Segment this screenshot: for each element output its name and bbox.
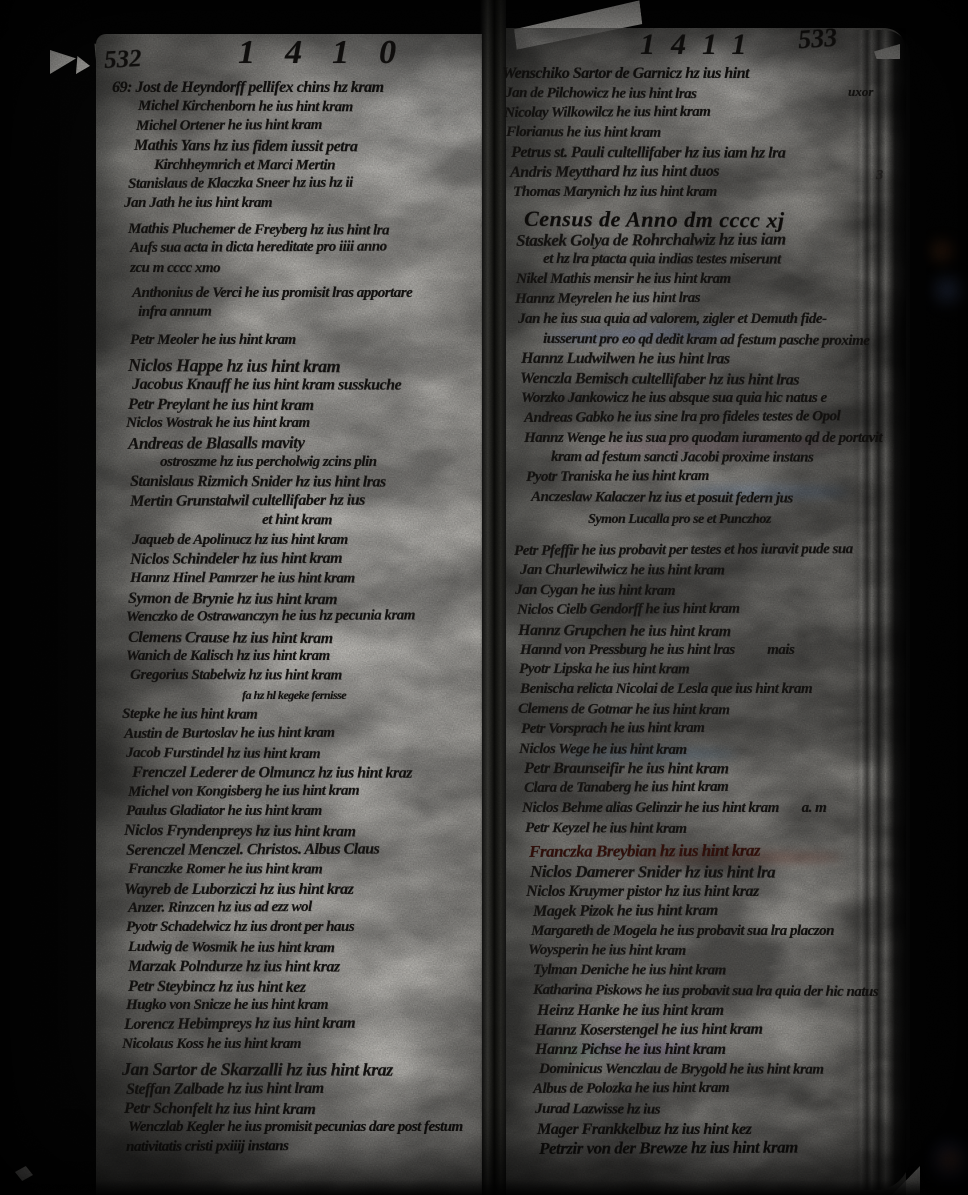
manuscript-line: Andreas Gabko he ius sine lra pro fidele…	[524, 407, 902, 429]
manuscript-line: Petr Preylant he ius hint kram	[128, 395, 484, 417]
manuscript-line: Niclos Cielb Gendorff he ius hint kram	[517, 599, 902, 621]
left-page-text: 69: Jost de Heyndorff pellifex chins hz …	[112, 78, 484, 1157]
manuscript-line: Wenczlab Kegler he ius promisit pecunias…	[128, 1118, 484, 1137]
manuscript-line: Nicolaus Koss he ius hint kram	[122, 1035, 484, 1054]
manuscript-line: Jacobus Knauff he ius hint kram susskuch…	[132, 375, 486, 395]
manuscript-line: Marzak Polndurze hz ius hint kraz	[128, 957, 486, 977]
manuscript-line: et hint kram	[262, 511, 484, 532]
manuscript-line: Mathis Yans hz ius fidem iussit petra	[134, 136, 484, 158]
manuscript-line: Worzko Jankowicz he ius absque sua quia …	[521, 389, 902, 409]
manuscript-line: Andreas de Blasalls mavity	[128, 432, 484, 453]
manuscript-line: Pyotr Traniska he ius hint kram	[526, 466, 902, 488]
manuscript-line: Petr Meoler he ius hint kram	[130, 331, 484, 350]
manuscript-line: Jan Jath he ius hint kram	[124, 194, 484, 213]
manuscript-line: Hannz Hinel Pamrzer he ius hint kram	[130, 569, 486, 589]
manuscript-line: Wenczko de Ostrawanczyn he ius hz pecuni…	[126, 606, 484, 627]
manuscript-line: Anczeslaw Kalaczer hz ius et posuit fede…	[531, 488, 902, 510]
manuscript-line: Magek Pizok he ius hint kram	[533, 900, 902, 922]
manuscript-line: Hannz Wenge he ius sua pro quodam iurame…	[524, 429, 902, 449]
manuscript-line: ostroszme hz ius percholwig zcins plin	[160, 453, 484, 472]
manuscript-line: Wenczla Bemisch cultellifaber hz ius hin…	[520, 369, 902, 391]
manuscript-line: Jurad Lazwisse hz ius	[535, 1100, 902, 1122]
manuscript-line: Benischa relicta Nicolai de Lesla que iu…	[520, 680, 902, 700]
manuscript-line: Niclos Kruymer pistor hz ius hint kraz	[526, 882, 902, 902]
manuscript-line: Stanislaus de Klaczka Sneer hz ius hz ii	[128, 173, 484, 194]
manuscript-line: Albus de Polozka he ius hint kram	[533, 1078, 902, 1100]
manuscript-line: Michel Ortener he ius hint kram	[136, 115, 484, 136]
manuscript-line: 69: Jost de Heyndorff pellifex chins hz …	[112, 78, 484, 97]
manuscript-line: Jan Churlewilwicz he ius hint kram	[520, 561, 904, 582]
manuscript-line: Anzer. Rinzcen hz ius ad ezz wol	[128, 897, 484, 918]
manuscript-line: Ludwig de Wosmik he ius hint kram	[128, 938, 484, 960]
manuscript-line: Wanich de Kalisch hz ius hint kram	[126, 647, 484, 666]
left-year-heading: 1410	[238, 34, 426, 72]
manuscript-line: Nicolay Wilkowilcz he ius hint kram	[504, 102, 902, 124]
manuscript-line: Franczka Breybian hz ius hint kraz	[529, 841, 902, 863]
manuscript-line: Mertin Grunstalwil cultellifaber hz ius	[130, 490, 484, 511]
manuscript-line: Andris Meytthard hz ius hint duos	[510, 161, 902, 183]
manuscript-line: Petr Steybincz hz ius hint kez	[128, 977, 484, 999]
manuscript-line: infra annum	[138, 301, 484, 322]
right-year-heading: 1411	[640, 28, 762, 62]
manuscript-line: Heinz Hanke he ius hint kram	[537, 1001, 902, 1021]
manuscript-line: Margareth de Mogela he ius probavit sua …	[531, 922, 902, 942]
manuscript-photo: 69: Jost de Heyndorff pellifex chins hz …	[0, 0, 968, 1195]
photo-bottom-shadow	[0, 1180, 968, 1195]
lens-flare-blue	[934, 268, 964, 312]
manuscript-line: zcu m cccc xmo	[130, 259, 486, 279]
manuscript-line: Anthonius de Verci he ius promisit lras …	[132, 284, 484, 303]
manuscript-line: Wayreb de Luborziczi hz ius hint kraz	[124, 880, 484, 899]
manuscript-line: Wenschiko Sartor de Garnicz hz ius hint	[502, 64, 902, 84]
manuscript-line: Michel von Kongisberg he ius hint kram	[128, 781, 484, 802]
lens-flare-orange	[930, 236, 956, 266]
right-page-number: 533	[797, 23, 838, 56]
margin-note-uxor: uxor	[848, 84, 873, 100]
manuscript-line: Pyotr Schadelwicz hz ius dront per haus	[126, 918, 484, 937]
manuscript-line: Tylman Deniche he ius hint kram	[533, 961, 904, 982]
manuscript-line: Symon Lucalla pro se et Punczhoz	[588, 510, 902, 530]
manuscript-line: Petr Vorsprach he ius hint kram	[521, 718, 902, 740]
manuscript-line: Jaqueb de Apolinucz hz ius hint kram	[132, 531, 484, 550]
manuscript-line: Steffan Zalbade hz ius hint lram	[126, 1078, 484, 1099]
manuscript-line: Nikel Mathis mensir he ius hint kram	[516, 270, 902, 290]
manuscript-line: Clara de Tanaberg he ius hint kram	[524, 777, 902, 799]
manuscript-line: Pyotr Lipska he ius hint kram	[519, 660, 904, 681]
manuscript-line: Clemens Crause hz ius hint kram	[128, 628, 484, 650]
manuscript-line: Austin de Burtoslav he ius hint kram	[124, 723, 484, 744]
manuscript-line: Franczke Romer he ius hint kram	[128, 860, 486, 880]
manuscript-line: Niclos Damerer Snider hz ius hint lra	[530, 862, 904, 883]
manuscript-line: Niclos Behme alias Gelinzir he ius hint …	[522, 799, 902, 819]
manuscript-line: Katharina Piskows he ius probavit sua lr…	[533, 981, 902, 1003]
manuscript-line: fa hz hl kegeke fernisse	[242, 686, 484, 705]
manuscript-line: Paulus Gladiator he ius hint kram	[126, 802, 484, 821]
margin-edge-mark: 3	[876, 168, 883, 184]
manuscript-line: Serenczel Menczel. Christos. Albus Claus	[126, 839, 484, 860]
manuscript-line: Gregorius Stabelwiz hz ius hint kram	[130, 666, 486, 686]
lens-flare-rainbow	[934, 1138, 968, 1184]
manuscript-line: Petrzir von der Brewze hz ius hint kram	[539, 1138, 902, 1160]
manuscript-line: et hz lra ptacta quia indias testes mise…	[543, 250, 904, 271]
manuscript-line: Staskek Golya de Rohrchalwiz hz ius iam	[516, 229, 902, 251]
manuscript-line: Niclos Wostrak he ius hint kram	[126, 414, 484, 433]
manuscript-line: Petr Pfeffir he ius probavit per testes …	[514, 539, 902, 561]
manuscript-line: Hannz Koserstengel he ius hint kram	[534, 1019, 902, 1041]
manuscript-line: Hannd von Pressburg he ius hint lras mai…	[520, 641, 902, 661]
manuscript-line: Lorencz Hebimpreys hz ius hint kram	[124, 1013, 484, 1034]
manuscript-line: Hannz Pichse he ius hint kram	[535, 1040, 902, 1060]
manuscript-line: Petr Keyzel he ius hint kram	[525, 819, 902, 841]
manuscript-line: Hannz Ludwilwen he ius hint lras	[521, 349, 904, 370]
right-page-text: Wenschiko Sartor de Garnicz hz ius hintJ…	[502, 64, 902, 1159]
left-page-number: 532	[103, 45, 142, 75]
manuscript-line: Petr Schonfelt hz ius hint kram	[124, 1099, 484, 1121]
manuscript-line: Jan he ius sua quia ad valorem, zigler e…	[518, 310, 902, 330]
manuscript-line: Hannz Meyrelen he ius hint lras	[515, 288, 902, 310]
manuscript-line: Thomas Marynich hz ius hint kram	[513, 183, 902, 203]
manuscript-line: Niclos Schindeler hz ius hint kram	[130, 548, 484, 569]
manuscript-line: Aufs sua acta in dicta hereditate pro ii…	[130, 237, 484, 258]
manuscript-line: nativitatis cristi pxiiij instans	[126, 1136, 484, 1157]
